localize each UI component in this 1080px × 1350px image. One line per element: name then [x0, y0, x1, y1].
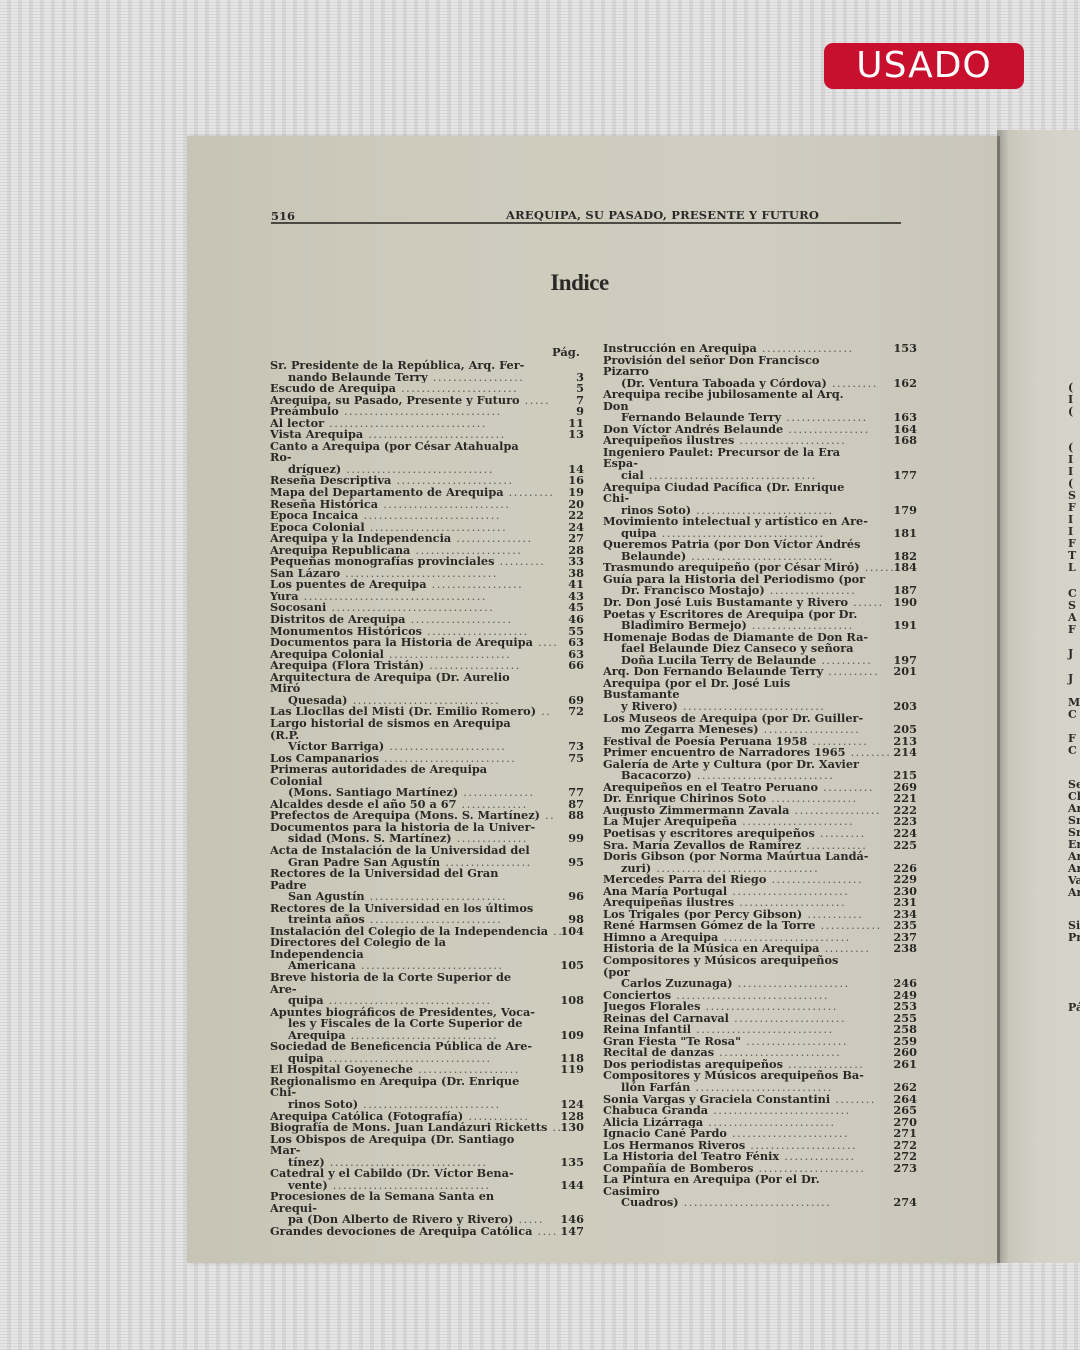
index-entry-title: Doris Gibson (por Norma Maúrtua Landá-: [603, 851, 917, 863]
index-entry-title: Ana María Portugal .....................…: [603, 886, 917, 898]
index-entry-page: 119: [548, 1064, 584, 1076]
index-entry-title: les y Fiscales de la Corte Superior de: [270, 1018, 584, 1030]
leader-dots: ....................: [741, 1036, 848, 1048]
facing-page-text-fragment: C: [1068, 745, 1077, 757]
index-entry: Socosani ...............................…: [270, 602, 584, 614]
index-entry: Guía para la Historia del Periodismo (po…: [603, 574, 917, 597]
index-entry-title: treinta años ..........................: [270, 914, 584, 926]
index-entry-title: Bacacorzo) ...........................: [603, 770, 917, 782]
leader-dots: ...............................: [339, 406, 502, 418]
index-entry-title: Compositores y Músicos arequipeños Ba-: [603, 1070, 917, 1082]
index-entry-title: Acta de Instalación de la Universidad de…: [270, 845, 584, 857]
facing-page-text-fragment: (: [1068, 442, 1073, 454]
index-entry: Ana María Portugal .....................…: [603, 886, 917, 898]
leader-dots: .................: [765, 585, 857, 597]
index-entry-page: 168: [881, 435, 917, 447]
index-entry-page: 75: [548, 753, 584, 765]
index-entry: Largo historial de sismos en Arequipa (R…: [270, 718, 584, 753]
index-entry: Documentos para la historia de la Univer…: [270, 822, 584, 845]
index-entry-title: La Pintura en Arequipa (Por el Dr. Casim…: [603, 1174, 917, 1197]
leader-dots: ............................: [686, 551, 834, 563]
index-entry-title: Rectores de la Universidad en los último…: [270, 903, 584, 915]
index-entry: Arequipeños en el Teatro Peruano .......…: [603, 782, 917, 794]
index-entry: Directores del Colegio de la Independenc…: [270, 937, 584, 972]
index-entry-title: Conciertos .............................…: [603, 990, 917, 1002]
leader-dots: .....................: [734, 897, 846, 909]
index-entry-title: zuri) ................................: [603, 863, 917, 875]
leader-dots: ..........: [818, 782, 874, 794]
index-entry-title: Los Museos de Arequipa (por Dr. Guiller-: [603, 713, 917, 725]
index-entry-title: Arequipa, su Pasado, Presente y Futuro .…: [270, 395, 584, 407]
index-entry-title: Belaunde) ............................: [603, 551, 917, 563]
index-entry: Los puentes de Arequipa ................…: [270, 579, 584, 591]
leader-dots: ...........................: [365, 522, 508, 534]
index-column-right: Instrucción en Arequipa ................…: [603, 343, 917, 1209]
index-entry: Doris Gibson (por Norma Maúrtua Landá-zu…: [603, 851, 917, 874]
leader-dots: .......................: [396, 383, 518, 395]
index-entry-title: La Historia del Teatro Fénix ...........…: [603, 1151, 917, 1163]
leader-dots: ...........................: [692, 770, 835, 782]
index-entry-title: René Harmsen Gómez de la Torre .........…: [603, 920, 917, 932]
index-entry-title: (Mons. Santiago Martínez) ..............: [270, 787, 584, 799]
facing-page-text-fragment: Sr: [1068, 827, 1080, 839]
index-entry: Ingeniero Paulet: Precursor de la Era Es…: [603, 447, 917, 482]
index-entry-page: 147: [548, 1226, 584, 1238]
index-entry-page: 130: [548, 1122, 584, 1134]
leader-dots: .........: [494, 556, 545, 568]
index-entry-title: Socosani ...............................…: [270, 602, 584, 614]
leader-dots: ................................: [326, 602, 494, 614]
index-entry: Escudo de Arequipa .....................…: [270, 383, 584, 395]
index-entry-title: Arequipa Colonial ......................…: [270, 649, 584, 661]
index-entry: Arequipa Ciudad Pacífica (Dr. Enrique Ch…: [603, 482, 917, 517]
facing-page-text-fragment: I: [1068, 526, 1073, 538]
index-entry: Documentos para la Historia de Arequipa …: [270, 637, 584, 649]
index-entry: Canto a Arequipa (por César Atahualpa Ro…: [270, 441, 584, 476]
facing-page-text-fragment: L: [1068, 562, 1076, 574]
index-entry-title: Poetisas y escritores arequipeños ......…: [603, 828, 917, 840]
index-entry-page: 162: [881, 378, 917, 390]
index-entry: Poetas y Escritores de Arequipa (por Dr.…: [603, 609, 917, 632]
index-entry-title: Los Hermanos Riveros ...................…: [603, 1140, 917, 1152]
facing-page-text-fragment: J: [1068, 648, 1073, 660]
index-entry: Juegos Florales ........................…: [603, 1001, 917, 1013]
index-entry: Arequipa Católica (Fotografía) .........…: [270, 1111, 584, 1123]
index-entry: Arequipa recibe jubilosamente al Arq. Do…: [603, 389, 917, 424]
index-entry-title: Sociedad de Beneficencia Pública de Are-: [270, 1041, 584, 1053]
leader-dots: ...........: [807, 736, 868, 748]
index-entry: Compositores y Músicos arequipeños Ba-ll…: [603, 1070, 917, 1093]
index-entry-title: nando Belaunde Terry ..................: [270, 372, 584, 384]
leader-dots: .............................: [341, 464, 494, 476]
leader-dots: ....................: [406, 614, 513, 626]
leader-dots: .............................: [679, 1197, 832, 1209]
index-entry: Arquitectura de Arequipa (Dr. Aurelio Mi…: [270, 672, 584, 707]
index-entry: Rectores de la Universidad en los último…: [270, 903, 584, 926]
index-entry-page: 135: [548, 1157, 584, 1169]
facing-page-text-fragment: F: [1068, 538, 1076, 550]
index-entry-page: 153: [881, 343, 917, 355]
index-entry: Monumentos Históricos ..................…: [270, 626, 584, 638]
leader-dots: .........: [504, 487, 555, 499]
leader-dots: .......................: [384, 741, 506, 753]
index-entry-page: 238: [881, 943, 917, 955]
facing-page-text-fragment: (: [1068, 406, 1073, 418]
index-entry: Reina Infantil .........................…: [603, 1024, 917, 1036]
index-entry: Himno a Arequipa .......................…: [603, 932, 917, 944]
leader-dots: ..........: [816, 655, 872, 667]
index-entry: Los Museos de Arequipa (por Dr. Guiller-…: [603, 713, 917, 736]
leader-dots: ......................: [729, 1013, 846, 1025]
leader-dots: ...............: [451, 533, 532, 545]
index-entry-title: La Mujer Arequipeña ....................…: [603, 816, 917, 828]
index-entry-page: 95: [548, 857, 584, 869]
leader-dots: ..................: [428, 372, 525, 384]
index-entry-page: 109: [548, 1030, 584, 1042]
leader-dots: .........................: [718, 932, 850, 944]
index-entry-title: mo Zegarra Meneses) ...................: [603, 724, 917, 736]
leader-dots: ............: [463, 1111, 529, 1123]
index-entry-page: 273: [881, 1163, 917, 1175]
leader-dots: ................................: [324, 1053, 492, 1065]
index-entry: Queremos Patria (por Don Víctor AndrésBe…: [603, 539, 917, 562]
index-entry-page: 144: [548, 1180, 584, 1192]
index-entry-page: 108: [548, 995, 584, 1007]
facing-page-text-fragment: J: [1068, 673, 1073, 685]
index-entry: Reseña Descriptiva .....................…: [270, 475, 584, 487]
index-entry-title: Directores del Colegio de la Independenc…: [270, 937, 584, 960]
index-entry-page: 66: [548, 660, 584, 672]
facing-page-text-fragment: Sr: [1068, 815, 1080, 827]
index-entry-title: Himno a Arequipa .......................…: [603, 932, 917, 944]
index-entry-title: Arquitectura de Arequipa (Dr. Aurelio Mi…: [270, 672, 584, 695]
index-entry-title: Epoca Colonial .........................…: [270, 522, 584, 534]
leader-dots: ..............................: [340, 568, 498, 580]
index-entry: Augusto Zimmermann Zavala ..............…: [603, 805, 917, 817]
index-entry: Breve historia de la Corte Superior de A…: [270, 972, 584, 1007]
index-entry: La Historia del Teatro Fénix ...........…: [603, 1151, 917, 1163]
leader-dots: .................: [766, 793, 858, 805]
index-entry-page: 225: [881, 840, 917, 852]
running-header: 516 AREQUIPA, SU PASADO, PRESENTE Y FUTU…: [271, 208, 901, 224]
index-entry-title: Arequipa Ciudad Pacífica (Dr. Enrique Ch…: [603, 482, 917, 505]
index-entry: Rectores de la Universidad del Gran Padr…: [270, 868, 584, 903]
index-entry-title: Ignacio Cané Pardo .....................…: [603, 1128, 917, 1140]
index-entry-title: Fernando Belaunde Terry ................: [603, 412, 917, 424]
index-entry: Galería de Arte y Cultura (por Dr. Xavie…: [603, 759, 917, 782]
facing-page-text-fragment: Va: [1068, 875, 1080, 887]
index-entry-title: pa (Don Alberto de Rivero y Rivero) ....…: [270, 1214, 584, 1226]
facing-page-text-fragment: Si: [1068, 920, 1080, 932]
index-entry: Sr. Presidente de la República, Arq. Fer…: [270, 360, 584, 383]
facing-page-text-fragment: Ar: [1068, 851, 1080, 863]
leader-dots: ...........: [802, 909, 863, 921]
leader-dots: ............: [815, 920, 881, 932]
index-entry-title: Arequipa recibe jubilosamente al Arq. Do…: [603, 389, 917, 412]
leader-dots: .........................: [703, 1117, 835, 1129]
index-entry-title: Reseña Histórica .......................…: [270, 499, 584, 511]
index-entry-page: 99: [548, 833, 584, 845]
index-entry-title: Sonia Vargas y Graciela Constantini ....…: [603, 1094, 917, 1106]
index-entry: Acta de Instalación de la Universidad de…: [270, 845, 584, 868]
index-entry-title: Mapa del Departamento de Arequipa ......…: [270, 487, 584, 499]
index-entry: Recital de danzas ......................…: [603, 1047, 917, 1059]
index-entry: Regionalismo en Arequipa (Dr. Enrique Ch…: [270, 1076, 584, 1111]
leader-dots: ........................: [714, 1047, 841, 1059]
leader-dots: .....: [513, 1214, 544, 1226]
index-entry: Conciertos .............................…: [603, 990, 917, 1002]
page-number: 516: [271, 209, 295, 223]
leader-dots: .........: [815, 828, 866, 840]
index-column-left: Sr. Presidente de la República, Arq. Fer…: [270, 343, 584, 1238]
index-entry-page: 105: [548, 960, 584, 972]
index-entry: Catedral y el Cabildo (Dr. Víctor Bena-v…: [270, 1168, 584, 1191]
index-entry-title: Dr. Enrique Chirinos Soto ..............…: [603, 793, 917, 805]
leader-dots: .....................: [745, 1140, 857, 1152]
index-entry: Reseña Histórica .......................…: [270, 499, 584, 511]
index-entry-title: Carlos Zuzunaga) ......................: [603, 978, 917, 990]
index-entry-title: Doña Lucila Terry de Belaunde ..........: [603, 655, 917, 667]
index-entry: Don Víctor Andrés Belaunde .............…: [603, 424, 917, 436]
leader-dots: .........................: [378, 499, 510, 511]
facing-page-text-fragment: C: [1068, 588, 1077, 600]
index-entry-title: Galería de Arte y Cultura (por Dr. Xavie…: [603, 759, 917, 771]
index-entry: Festival de Poesía Peruana 1958 ........…: [603, 736, 917, 748]
index-entry-title: Arequipeños en el Teatro Peruano .......…: [603, 782, 917, 794]
index-entry-page: 181: [881, 528, 917, 540]
index-entry-title: Canto a Arequipa (por César Atahualpa Ro…: [270, 441, 584, 464]
index-entry: Al lector ..............................…: [270, 418, 584, 430]
leader-dots: ..............: [458, 787, 534, 799]
facing-page-text-fragment: Ar: [1068, 863, 1080, 875]
page-title: Indice: [187, 270, 972, 296]
facing-page-text-fragment: I: [1068, 514, 1073, 526]
index-entry-title: Arequipa Republicana ...................…: [270, 545, 584, 557]
leader-dots: ..........: [823, 666, 879, 678]
facing-page-text-fragment: I: [1068, 454, 1073, 466]
index-entry-title: San Lázaro .............................…: [270, 568, 584, 580]
index-entry-title: Los Obispos de Arequipa (Dr. Santiago Ma…: [270, 1134, 584, 1157]
index-entry-title: Reinas del Carnaval ....................…: [603, 1013, 917, 1025]
index-entry: Distritos de Arequipa ..................…: [270, 614, 584, 626]
index-entry: Los Obispos de Arequipa (Dr. Santiago Ma…: [270, 1134, 584, 1169]
index-entry-title: Compositores y Músicos arequipeños (por: [603, 955, 917, 978]
index-entry: Grandes devociones de Arequipa Católica …: [270, 1226, 584, 1238]
index-entry-title: llón Farfán ...........................: [603, 1082, 917, 1094]
index-entry-page: 96: [548, 891, 584, 903]
index-entry-title: Monumentos Históricos ..................…: [270, 626, 584, 638]
index-entry-page: 177: [881, 470, 917, 482]
index-entry: Pequeñas monografías provinciales ......…: [270, 556, 584, 568]
index-entry-title: Catedral y el Cabildo (Dr. Víctor Bena-: [270, 1168, 584, 1180]
index-entry-title: Cuadros) .............................: [603, 1197, 917, 1209]
index-entry: Primeras autoridades de Arequipa Colonia…: [270, 764, 584, 799]
index-entry: Los Trigales (por Percy Gibson) ........…: [603, 909, 917, 921]
index-entry-title: Provisión del señor Don Francisco Pizarr…: [603, 355, 917, 378]
index-entry: Alicia Lizárraga .......................…: [603, 1117, 917, 1129]
leader-dots: ...........................: [358, 1099, 501, 1111]
index-entry-title: Primeras autoridades de Arequipa Colonia…: [270, 764, 584, 787]
index-entry-title: Alicia Lizárraga .......................…: [603, 1117, 917, 1129]
index-entry-title: Arequipa y la Independencia ............…: [270, 533, 584, 545]
index-entry-page: 214: [881, 747, 917, 759]
index-entry: Arequipa (por el Dr. José Luis Bustamant…: [603, 678, 917, 713]
index-entry-title: Alcaldes desde el año 50 a 67 ..........…: [270, 799, 584, 811]
index-entry: San Lázaro .............................…: [270, 568, 584, 580]
index-entry-title: Don Víctor Andrés Belaunde .............…: [603, 424, 917, 436]
index-entry: Reinas del Carnaval ....................…: [603, 1013, 917, 1025]
leader-dots: .............................: [348, 695, 501, 707]
index-entry-title: Regionalismo en Arequipa (Dr. Enrique Ch…: [270, 1076, 584, 1099]
index-entry: Epoca Colonial .........................…: [270, 522, 584, 534]
facing-page-text-fragment: I: [1068, 466, 1073, 478]
index-entry: Mapa del Departamento de Arequipa ......…: [270, 487, 584, 499]
leader-dots: ......................: [737, 816, 854, 828]
index-entry: Epoca Incaica ..........................…: [270, 510, 584, 522]
index-entry-title: Sr. Presidente de la República, Arq. Fer…: [270, 360, 584, 372]
facing-page-text-fragment: Ar: [1068, 803, 1080, 815]
index-entry-title: Víctor Barriga) .......................: [270, 741, 584, 753]
index-entry-title: Arequipeñas ilustres ...................…: [603, 897, 917, 909]
index-entry: Yura ...................................…: [270, 591, 584, 603]
leader-dots: .......................: [727, 886, 849, 898]
index-entry-title: Quesada) .............................: [270, 695, 584, 707]
index-entry: Los Hermanos Riveros ...................…: [603, 1140, 917, 1152]
leader-dots: ..........................: [365, 914, 502, 926]
index-entry-title: Los puentes de Arequipa ................…: [270, 579, 584, 591]
index-entry-page: 261: [881, 1059, 917, 1071]
index-entry-title: Pequeñas monografías provinciales ......…: [270, 556, 584, 568]
leader-dots: ....................: [422, 626, 529, 638]
leader-dots: ................: [781, 412, 868, 424]
index-entry: Compositores y Músicos arequipeños (porC…: [603, 955, 917, 990]
leader-dots: ................................: [651, 863, 819, 875]
index-entry-title: Escudo de Arequipa .....................…: [270, 383, 584, 395]
used-badge: USADO: [824, 43, 1024, 89]
index-entry-page: 274: [881, 1197, 917, 1209]
index-entry-title: Festival de Poesía Peruana 1958 ........…: [603, 736, 917, 748]
index-entry-title: Mercedes Parra del Riego ...............…: [603, 874, 917, 886]
index-entry-title: Reina Infantil .........................…: [603, 1024, 917, 1036]
leader-dots: ..........................: [700, 1001, 837, 1013]
index-entry-title: fael Belaunde Diez Canseco y señora: [603, 643, 917, 655]
leader-dots: ...................: [759, 724, 861, 736]
index-entry-title: Yura ...................................…: [270, 591, 584, 603]
index-entry-title: Al lector ..............................…: [270, 418, 584, 430]
index-entry: Arequipeñas ilustres ...................…: [603, 897, 917, 909]
index-entry: Arequipa Republicana ...................…: [270, 545, 584, 557]
facing-page-text-fragment: F: [1068, 502, 1076, 514]
index-entry-page: 179: [881, 505, 917, 517]
index-entry-title: rinos Soto) ...........................: [270, 1099, 584, 1111]
index-entry-title: Breve historia de la Corte Superior de A…: [270, 972, 584, 995]
index-entry-title: Dr. Francisco Mostajo) .................: [603, 585, 917, 597]
index-entry-title: Gran Fiesta "Te Rosa" ..................…: [603, 1036, 917, 1048]
index-entry-title: Juegos Florales ........................…: [603, 1001, 917, 1013]
book-page: 516 AREQUIPA, SU PASADO, PRESENTE Y FUTU…: [187, 136, 997, 1263]
leader-dots: ..................: [427, 579, 524, 591]
index-entry-title: Arequipa Católica (Fotografía) .........…: [270, 1111, 584, 1123]
index-entry: Gran Fiesta "Te Rosa" ..................…: [603, 1036, 917, 1048]
leader-dots: ....................................: [299, 591, 487, 603]
leader-dots: .....................: [410, 545, 522, 557]
facing-page-text-fragment: Pá: [1068, 1002, 1080, 1014]
facing-page-text-fragment: S: [1068, 600, 1076, 612]
facing-page-text-fragment: I: [1068, 394, 1073, 406]
leader-dots: ................: [783, 424, 870, 436]
index-entry: Arequipa y la Independencia ............…: [270, 533, 584, 545]
index-entry-page: 13: [548, 429, 584, 441]
leader-dots: ...........................: [690, 1082, 833, 1094]
index-entry: La Pintura en Arequipa (Por el Dr. Casim…: [603, 1174, 917, 1209]
index-entry: Alcaldes desde el año 50 a 67 ..........…: [270, 799, 584, 811]
facing-page: (I((II(SFIIFTLCSAFJJMCFCSeClArSrSrErArAr…: [997, 130, 1080, 1263]
index-entry: Arequipa Colonial ......................…: [270, 649, 584, 661]
index-entry: Mercedes Parra del Riego ...............…: [603, 874, 917, 886]
index-entry-title: Largo historial de sismos en Arequipa (R…: [270, 718, 584, 741]
facing-page-text-fragment: Er: [1068, 839, 1080, 851]
leader-dots: ...........................: [691, 1024, 834, 1036]
index-entry-page: 190: [881, 597, 917, 609]
index-entry: Ignacio Cané Pardo .....................…: [603, 1128, 917, 1140]
leader-dots: ...........................: [708, 1105, 851, 1117]
leader-dots: .......................: [727, 1128, 849, 1140]
index-entry: Movimiento intelectual y artístico en Ar…: [603, 516, 917, 539]
index-entry: Sociedad de Beneficencia Pública de Are-…: [270, 1041, 584, 1064]
index-entry-page: 201: [881, 666, 917, 678]
index-entry: Procesiones de la Semana Santa en Arequi…: [270, 1191, 584, 1226]
index-entry-title: Recital de danzas ......................…: [603, 1047, 917, 1059]
facing-page-text-fragment: Ar: [1068, 887, 1080, 899]
index-entry-page: 191: [881, 620, 917, 632]
index-entry: Homenaje Bodas de Diamante de Don Ra-fae…: [603, 632, 917, 667]
index-entry-page: 88: [548, 810, 584, 822]
index-entry-title: Procesiones de la Semana Santa en Arequi…: [270, 1191, 584, 1214]
index-entry-title: Documentos para la historia de la Univer…: [270, 822, 584, 834]
index-entry: Sonia Vargas y Graciela Constantini ....…: [603, 1094, 917, 1106]
running-title: AREQUIPA, SU PASADO, PRESENTE Y FUTURO: [506, 208, 819, 222]
index-entry-title: Preámbulo ..............................…: [270, 406, 584, 418]
index-entry-title: Guía para la Historia del Periodismo (po…: [603, 574, 917, 586]
index-entry-title: Rectores de la Universidad del Gran Padr…: [270, 868, 584, 891]
index-entry-title: dríguez) .............................: [270, 464, 584, 476]
index-entry-title: Poetas y Escritores de Arequipa (por Dr.: [603, 609, 917, 621]
facing-page-text-fragment: F: [1068, 733, 1076, 745]
leader-dots: ..............................: [671, 990, 829, 1002]
facing-page-text-fragment: Pr: [1068, 932, 1080, 944]
index-entry-page: 184: [881, 562, 917, 574]
facing-page-text-fragment: T: [1068, 550, 1076, 562]
index-entry-title: Reseña Descriptiva .....................…: [270, 475, 584, 487]
leader-dots: .................: [789, 805, 881, 817]
facing-page-text-fragment: (: [1068, 382, 1073, 394]
index-entry-title: Arequipa (por el Dr. José Luis Bustamant…: [603, 678, 917, 701]
leader-dots: .............: [456, 799, 527, 811]
index-entry: Dr. Enrique Chirinos Soto ..............…: [603, 793, 917, 805]
leader-dots: ...........................: [358, 510, 501, 522]
index-entry-title: Distritos de Arequipa ..................…: [270, 614, 584, 626]
index-entry-title: Queremos Patria (por Don Víctor Andrés: [603, 539, 917, 551]
leader-dots: ........................: [384, 649, 511, 661]
index-entry-page: 203: [881, 701, 917, 713]
index-entry-page: 104: [548, 926, 584, 938]
leader-dots: .......................: [391, 475, 513, 487]
index-entry-title: Grandes devociones de Arequipa Católica …: [270, 1226, 584, 1238]
index-entry-title: Chabuca Granda .........................…: [603, 1105, 917, 1117]
index-entry-title: Ingeniero Paulet: Precursor de la Era Es…: [603, 447, 917, 470]
index-entry: Provisión del señor Don Francisco Pizarr…: [603, 355, 917, 390]
index-entry-title: Augusto Zimmermann Zavala ..............…: [603, 805, 917, 817]
